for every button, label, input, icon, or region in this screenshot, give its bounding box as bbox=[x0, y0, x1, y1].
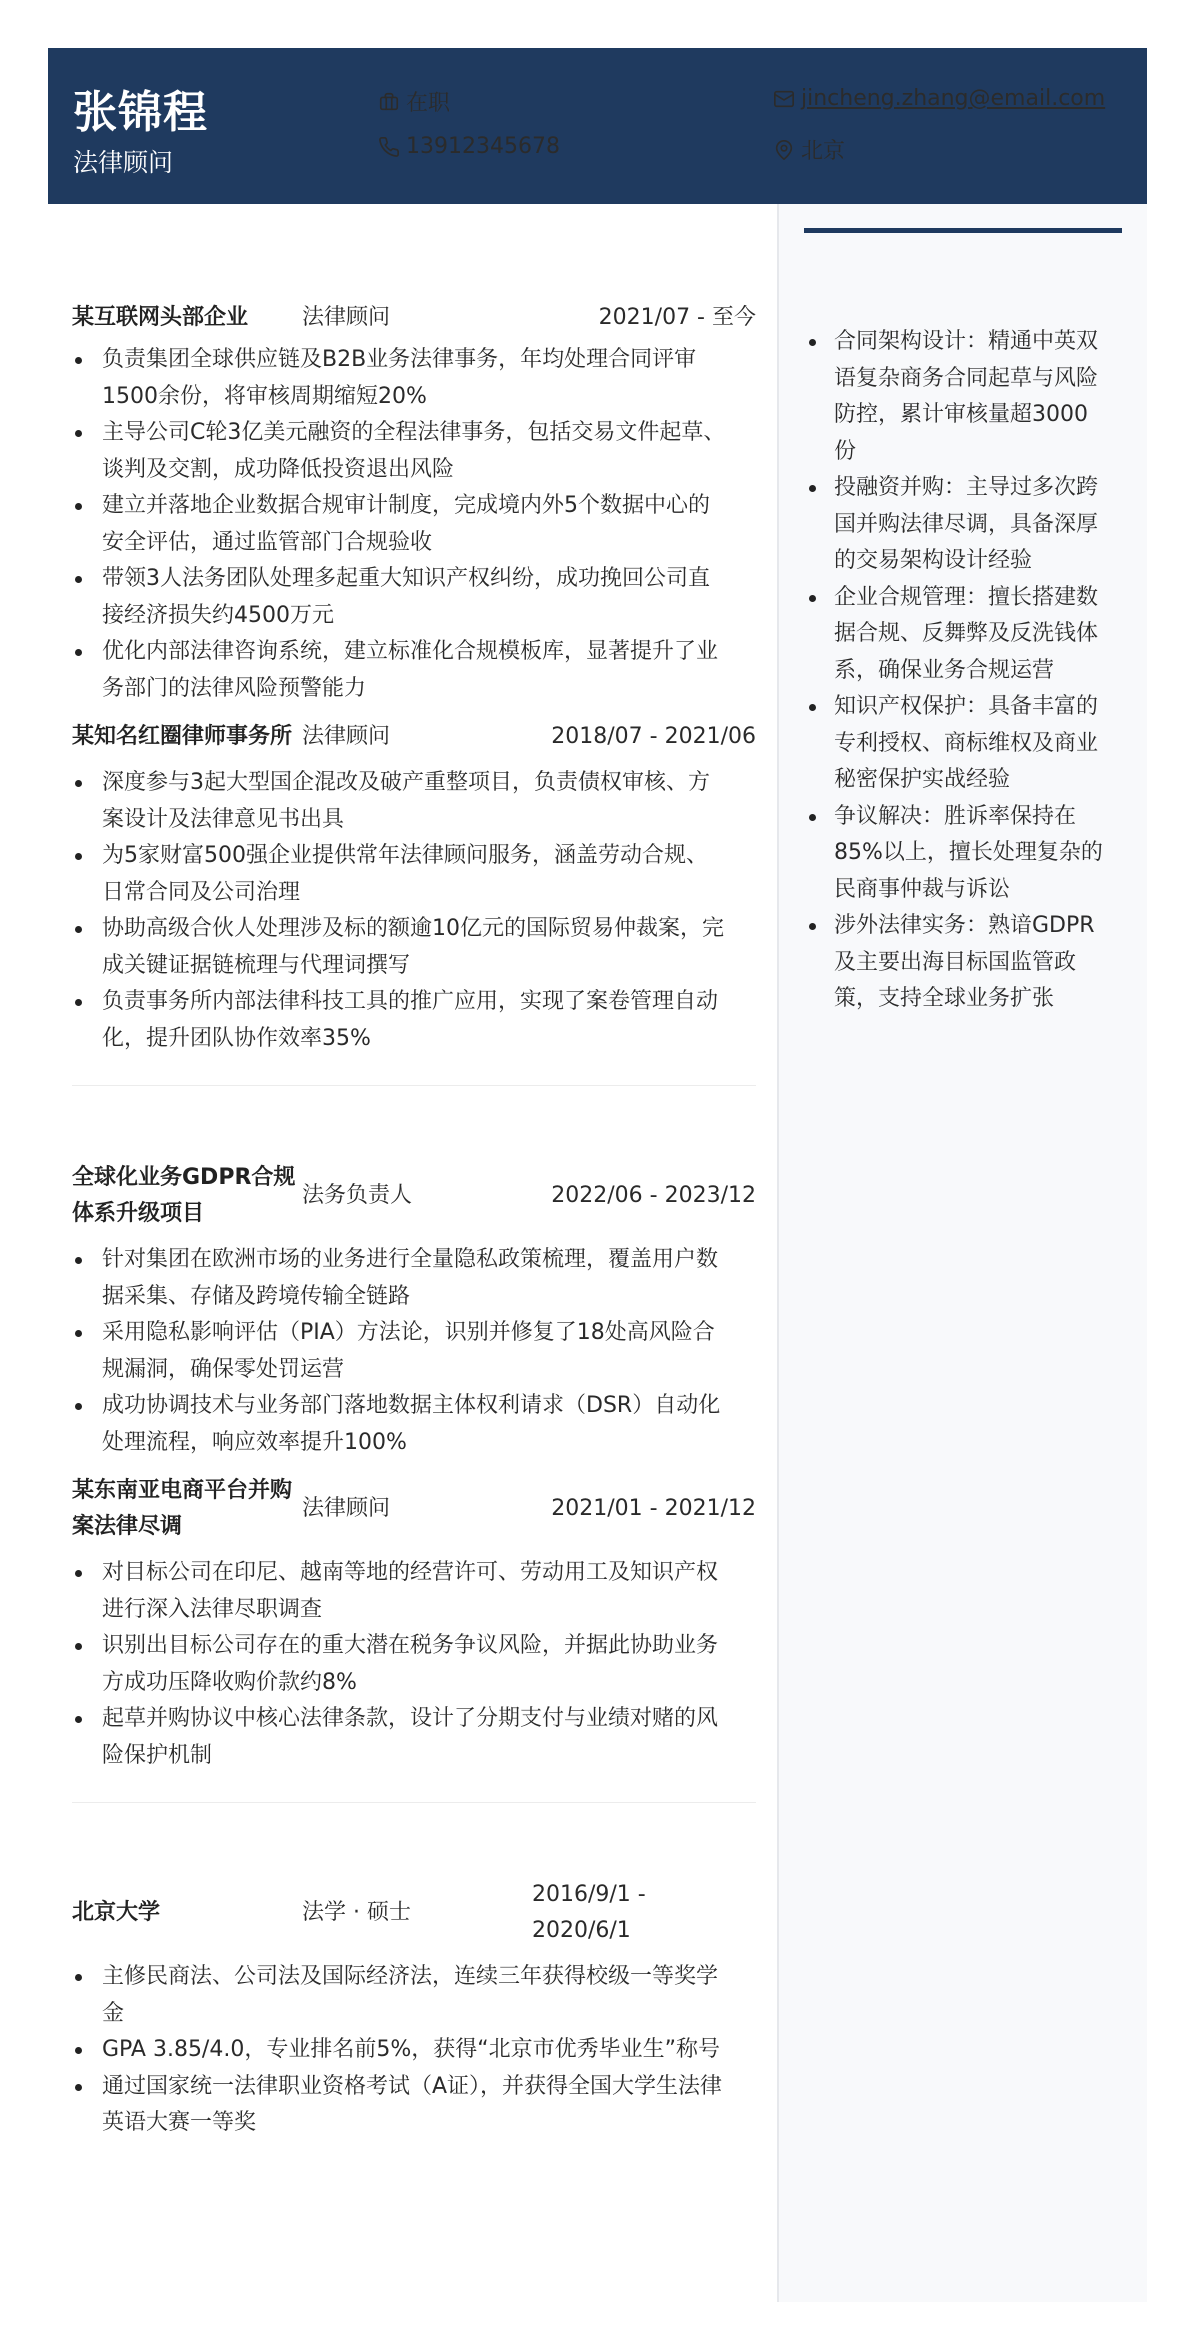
work-entry: 某互联网头部企业 法律顾问 2021/07 - 至今 负责集团全球供应链及B2B… bbox=[72, 300, 756, 707]
entry-date: 2021/01 - 2021/12 bbox=[532, 1491, 756, 1527]
education-entry: 北京大学 法学 · 硕士 2016/9/1 - 2020/6/1 主修民商法、公… bbox=[72, 1877, 756, 2142]
entry-bullet: 协助高级合伙人处理涉及标的额逾10亿元的国际贸易仲裁案，完成关键证据链梳理与代理… bbox=[72, 911, 756, 984]
status-text: 在职 bbox=[406, 86, 450, 117]
entry-bullet: 通过国家统一法律职业资格考试（A证），并获得全国大学生法律英语大赛一等奖 bbox=[72, 2069, 756, 2142]
work-entry: 某知名红圈律师事务所 法律顾问 2018/07 - 2021/06 深度参与3起… bbox=[72, 719, 756, 1057]
entry-bullet: 为5家财富500强企业提供常年法律顾问服务，涵盖劳动合规、日常合同及公司治理 bbox=[72, 838, 756, 911]
entry-role: 法律顾问 bbox=[302, 1491, 532, 1527]
entry-date: 2018/07 - 2021/06 bbox=[532, 719, 756, 755]
entry-role: 法律顾问 bbox=[302, 719, 532, 755]
entry-bullet: 成功协调技术与业务部门落地数据主体权利请求（DSR）自动化处理流程，响应效率提升… bbox=[72, 1388, 756, 1461]
entry-date: 2016/9/1 - 2020/6/1 bbox=[532, 1877, 671, 1949]
entry-bullet: 建立并落地企业数据合规审计制度，完成境内外5个数据中心的安全评估，通过监管部门合… bbox=[72, 488, 756, 561]
entry-bullet: 负责集团全球供应链及B2B业务法律事务，年均处理合同评审1500余份，将审核周期… bbox=[72, 342, 756, 415]
entry-bullet: 针对集团在欧洲市场的业务进行全量隐私政策梳理，覆盖用户数据采集、存储及跨境传输全… bbox=[72, 1242, 756, 1315]
skill-item: 投融资并购：主导过多次跨国并购法律尽调，具备深厚的交易架构设计经验 bbox=[804, 470, 1104, 580]
main-column: 某互联网头部企业 法律顾问 2021/07 - 至今 负责集团全球供应链及B2B… bbox=[72, 204, 756, 2142]
skill-item: 争议解决：胜诉率保持在85%以上，擅长处理复杂的民商事仲裁与诉讼 bbox=[804, 799, 1104, 909]
projects-section: 全球化业务GDPR合规体系升级项目 法务负责人 2022/06 - 2023/1… bbox=[72, 1086, 756, 1803]
project-entry: 全球化业务GDPR合规体系升级项目 法务负责人 2022/06 - 2023/1… bbox=[72, 1160, 756, 1461]
entry-bullet: 带领3人法务团队处理多起重大知识产权纠纷，成功挽回公司直接经济损失约4500万元 bbox=[72, 561, 756, 634]
entry-org: 某互联网头部企业 bbox=[72, 300, 302, 336]
skills-list: 合同架构设计：精通中英双语复杂商务合同起草与风险防控，累计审核量超3000份 投… bbox=[804, 324, 1104, 1018]
entry-bullet: 优化内部法律咨询系统，建立标准化合规模板库，显著提升了业务部门的法律风险预警能力 bbox=[72, 634, 756, 707]
entry-bullet: 深度参与3起大型国企混改及破产重整项目，负责债权审核、方案设计及法律意见书出具 bbox=[72, 765, 756, 838]
briefcase-icon bbox=[378, 91, 400, 113]
project-entry: 某东南亚电商平台并购案法律尽调 法律顾问 2021/01 - 2021/12 对… bbox=[72, 1473, 756, 1774]
entry-bullet: 对目标公司在印尼、越南等地的经营许可、劳动用工及知识产权进行深入法律尽职调查 bbox=[72, 1555, 756, 1628]
entry-role: 法学 · 硕士 bbox=[302, 1895, 532, 1931]
employment-status: 在职 bbox=[378, 86, 450, 117]
entry-role: 法务负责人 bbox=[302, 1178, 532, 1214]
skill-item: 合同架构设计：精通中英双语复杂商务合同起草与风险防控，累计审核量超3000份 bbox=[804, 324, 1104, 470]
entry-bullet: 主导公司C轮3亿美元融资的全程法律事务，包括交易文件起草、谈判及交割，成功降低投… bbox=[72, 415, 756, 488]
entry-org: 某东南亚电商平台并购案法律尽调 bbox=[72, 1473, 302, 1545]
entry-bullet: 识别出目标公司存在的重大潜在税务争议风险，并据此协助业务方成功压降收购价款约8% bbox=[72, 1628, 756, 1701]
phone-text: 13912345678 bbox=[406, 134, 560, 159]
skill-item: 涉外法律实务：熟谙GDPR及主要出海目标国监管政策，支持全球业务扩张 bbox=[804, 908, 1104, 1018]
entry-bullet: 负责事务所内部法律科技工具的推广应用，实现了案卷管理自动化，提升团队协作效率35… bbox=[72, 984, 756, 1057]
work-section: 某互联网头部企业 法律顾问 2021/07 - 至今 负责集团全球供应链及B2B… bbox=[72, 204, 756, 1086]
entry-org: 全球化业务GDPR合规体系升级项目 bbox=[72, 1160, 302, 1232]
entry-bullet: 主修民商法、公司法及国际经济法，连续三年获得校级一等奖学金 bbox=[72, 1959, 756, 2032]
phone-icon bbox=[378, 136, 400, 158]
entry-date: 2022/06 - 2023/12 bbox=[532, 1178, 756, 1214]
education-section: 北京大学 法学 · 硕士 2016/9/1 - 2020/6/1 主修民商法、公… bbox=[72, 1803, 756, 2142]
resume-header: 张锦程 法律顾问 在职 13912345678 jincheng.zhang@e… bbox=[48, 48, 1147, 204]
location-text: 北京 bbox=[801, 134, 845, 165]
email-link[interactable]: jincheng.zhang@email.com bbox=[801, 86, 1105, 111]
entry-org: 某知名红圈律师事务所 bbox=[72, 719, 302, 755]
email-info: jincheng.zhang@email.com bbox=[773, 86, 1105, 111]
skills-sidebar: 合同架构设计：精通中英双语复杂商务合同起草与风险防控，累计审核量超3000份 投… bbox=[777, 204, 1147, 2302]
entry-bullet: 采用隐私影响评估（PIA）方法论，识别并修复了18处高风险合规漏洞，确保零处罚运… bbox=[72, 1315, 756, 1388]
entry-bullet: 起草并购协议中核心法律条款，设计了分期支付与业绩对赌的风险保护机制 bbox=[72, 1701, 756, 1774]
skill-item: 知识产权保护：具备丰富的专利授权、商标维权及商业秘密保护实战经验 bbox=[804, 689, 1104, 799]
candidate-name: 张锦程 bbox=[73, 76, 208, 140]
mail-icon bbox=[773, 88, 795, 110]
phone-info: 13912345678 bbox=[378, 134, 560, 159]
location-info: 北京 bbox=[773, 134, 845, 165]
entry-role: 法律顾问 bbox=[302, 300, 532, 336]
map-pin-icon bbox=[773, 139, 795, 161]
candidate-title: 法律顾问 bbox=[73, 143, 173, 179]
sidebar-accent-bar bbox=[804, 228, 1122, 233]
entry-date: 2021/07 - 至今 bbox=[532, 300, 756, 336]
entry-bullet: GPA 3.85/4.0，专业排名前5%，获得“北京市优秀毕业生”称号 bbox=[72, 2032, 756, 2069]
entry-org: 北京大学 bbox=[72, 1895, 302, 1931]
skill-item: 企业合规管理：擅长搭建数据合规、反舞弊及反洗钱体系，确保业务合规运营 bbox=[804, 580, 1104, 690]
